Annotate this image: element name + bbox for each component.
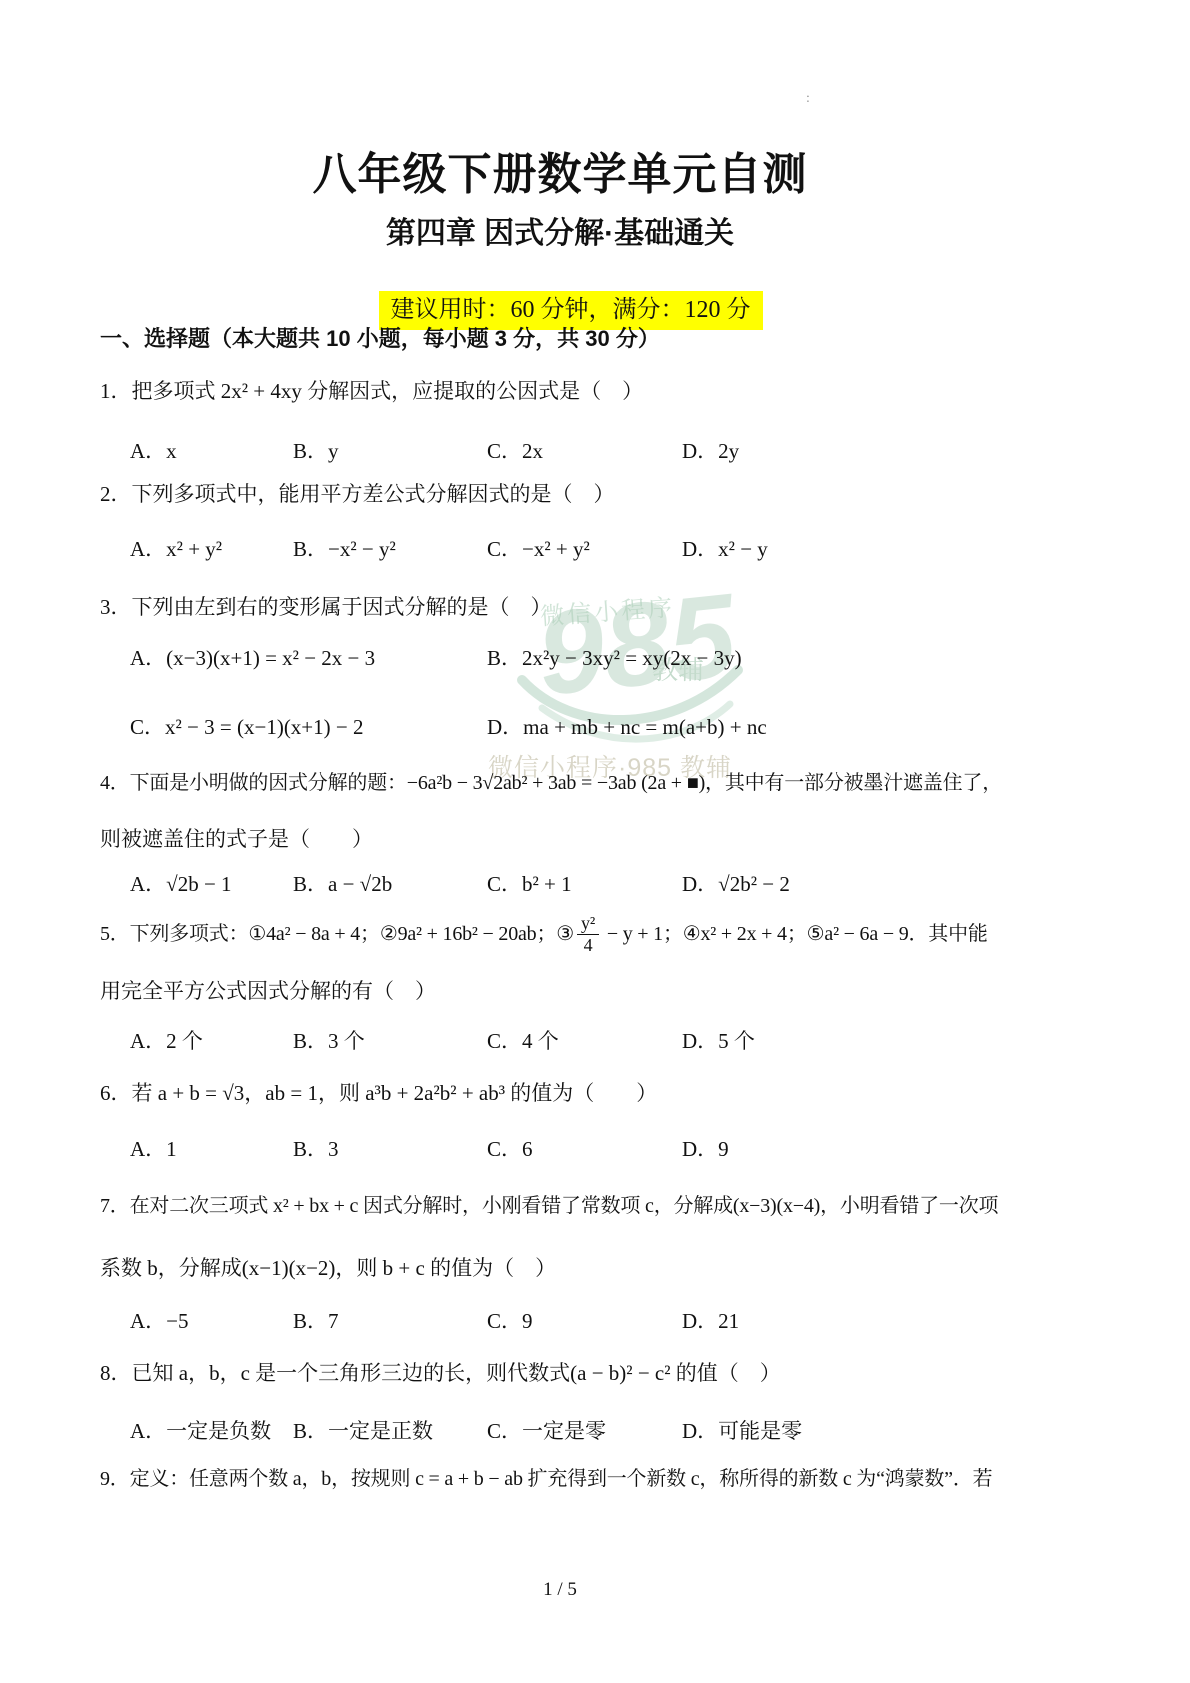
fraction-y2-over-4: y² 4 [577,913,599,955]
chapter-subtitle: 第四章 因式分解·基础通关 [0,214,1120,253]
option-a: A．√2b − 1 [130,871,293,898]
question-3-options: A．(x−3)(x+1) = x² − 2x − 3 B．2x²y − 3xy²… [100,645,1060,742]
option-b: B．y [293,438,487,465]
question-7-text: 7．在对二次三项式 x² + bx + c 因式分解时，小刚看错了常数项 c，分… [100,1193,998,1219]
question-5-text: 5．下列多项式：①4a² − 8a + 4；②9a² + 16b² − 20ab… [100,905,988,963]
watermark-miniprogram-text: 微信小程序 [539,587,676,631]
option-b: B．2x²y − 3xy² = xy(2x − 3y) [487,645,1060,672]
page-number: 1 / 5 [0,1578,1120,1603]
option-a: A．−5 [130,1308,293,1335]
question-6-options: A．1 B．3 C．6 D．9 [100,1136,1060,1163]
option-d: D．21 [682,1308,1060,1335]
option-d: D．5 个 [682,1028,1060,1055]
option-b: B．一定是正数 [293,1418,487,1445]
question-9-text: 9．定义：任意两个数 a，b，按规则 c = a + b − ab 扩充得到一个… [100,1466,992,1492]
question-6-text: 6．若 a + b = √3，ab = 1，则 a³b + 2a²b² + ab… [100,1080,657,1107]
page-title: 八年级下册数学单元自测 [0,146,1120,203]
question-8-options: A．一定是负数 B．一定是正数 C．一定是零 D．可能是零 [100,1418,1060,1445]
question-2-text: 2．下列多项式中，能用平方差公式分解因式的是（ ） [100,481,615,508]
section-header: 一、选择题（本大题共 10 小题，每小题 3 分，共 30 分） [100,325,660,354]
option-a: A．x [130,438,293,465]
question-5-suffix: − y + 1；④x² + 2x + 4；⑤a² − 6a − 9．其中能 [602,921,988,947]
option-a: A．x² + y² [130,536,293,563]
question-5-prefix: 5．下列多项式：①4a² − 8a + 4；②9a² + 16b² − 20ab… [100,921,574,947]
question-1-text: 1．把多项式 2x² + 4xy 分解因式，应提取的公因式是（ ） [100,378,643,405]
option-c: C．2x [487,438,682,465]
option-c: C．9 [487,1308,682,1335]
option-b: B．a − √2b [293,871,487,898]
option-b: B．3 个 [293,1028,487,1055]
option-c: C．−x² + y² [487,536,682,563]
option-b: B．−x² − y² [293,536,487,563]
option-d: D．√2b² − 2 [682,871,1060,898]
question-7-text-line2: 系数 b，分解成(x−1)(x−2)，则 b + c 的值为（ ） [100,1255,556,1282]
option-a: A．一定是负数 [130,1418,293,1445]
option-a: A．(x−3)(x+1) = x² − 2x − 3 [130,645,487,672]
question-7-options: A．−5 B．7 C．9 D．21 [100,1308,1060,1335]
option-b: B．7 [293,1308,487,1335]
question-8-text: 8．已知 a，b，c 是一个三角形三边的长，则代数式(a − b)² − c² … [100,1360,781,1387]
question-4-text-line2: 则被遮盖住的式子是（ ） [100,826,373,853]
question-2-options: A．x² + y² B．−x² − y² C．−x² + y² D．x² − y [100,536,1060,563]
option-d: D．x² − y [682,536,1060,563]
option-c: C．x² − 3 = (x−1)(x+1) − 2 [130,714,487,741]
question-1-options: A．x B．y C．2x D．2y [100,438,1060,465]
option-d: D．9 [682,1136,1060,1163]
question-5-text-line2: 用完全平方公式因式分解的有（ ） [100,978,436,1005]
option-d: D．ma + mb + nc = m(a+b) + nc [487,714,1060,741]
option-d: D．可能是零 [682,1418,1060,1445]
option-a: A．2 个 [130,1028,293,1055]
option-c: C．4 个 [487,1028,682,1055]
question-4-options: A．√2b − 1 B．a − √2b C．b² + 1 D．√2b² − 2 [100,871,1060,898]
exam-page: 微信小程序 985 教辅 微信小程序·985 教辅 : 八年级下册数学单元自测 … [0,0,1190,1683]
option-c: C．一定是零 [487,1418,682,1445]
fraction-denominator: 4 [577,935,599,956]
fraction-numerator: y² [577,913,599,935]
option-b: B．3 [293,1136,487,1163]
question-5-options: A．2 个 B．3 个 C．4 个 D．5 个 [100,1028,1060,1055]
option-c: C．b² + 1 [487,871,682,898]
question-3-text: 3．下列由左到右的变形属于因式分解的是（ ） [100,594,552,621]
corner-mark: : [806,90,810,108]
question-4-text: 4．下面是小明做的因式分解的题：−6a²b − 3√2ab² + 3ab = −… [100,770,1002,796]
option-d: D．2y [682,438,1060,465]
option-c: C．6 [487,1136,682,1163]
option-a: A．1 [130,1136,293,1163]
